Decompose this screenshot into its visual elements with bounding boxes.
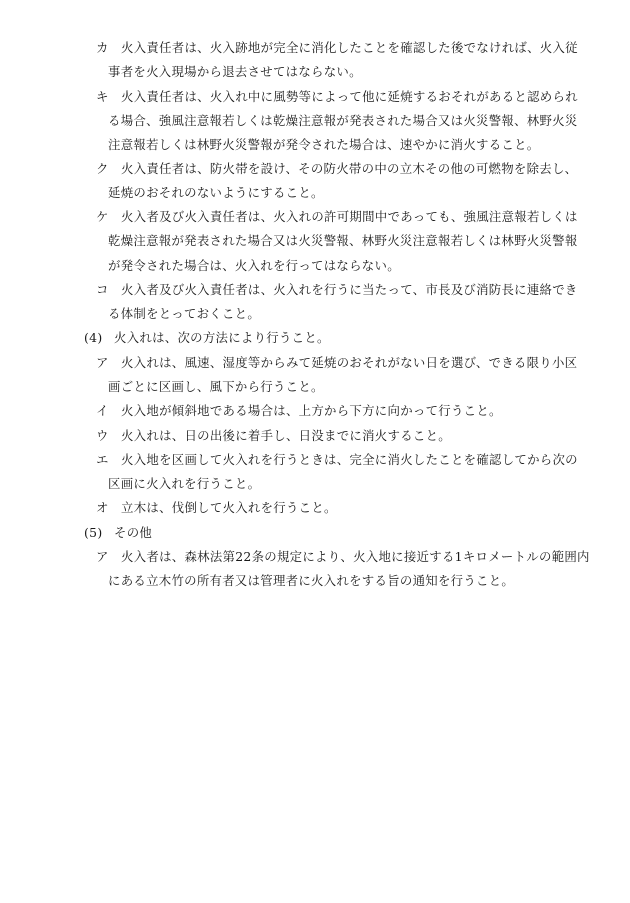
item-text-continued: 事者を火入現場から退去させてはならない。 [108,64,362,80]
item-text: 火入者及び火入責任者は、火入れを行うに当たって、市長及び消防長に連絡でき [121,282,578,298]
document-page: カ 火入責任者は、火入跡地が完全に消化したことを確認した後でなければ、火入従 事… [0,0,630,903]
item-marker: オ [96,500,109,516]
item-text: 火入地を区画して火入れを行うときは、完全に消火したことを確認してから次の [121,452,578,468]
item-text: 火入責任者は、火入れ中に風勢等によって他に延焼するおそれがあると認められ [121,89,578,105]
item-text: 火入責任者は、火入跡地が完全に消化したことを確認した後でなければ、火入従 [121,40,578,56]
item-marker: キ [96,89,109,105]
item-text-continued: 画ごとに区画し、風下から行うこと。 [108,379,324,395]
item-marker: エ [96,452,109,468]
item-text-continued: る体制をとっておくこと。 [108,306,260,322]
item-text-continued: 注意報若しくは林野火災警報が発令された場合は、速やかに消火すること。 [108,137,539,153]
item-marker: ウ [96,428,109,444]
section-heading-text: 火入れは、次の方法により行うこと。 [114,330,330,346]
section-marker: (5) [84,525,102,541]
item-marker: イ [96,403,109,419]
section-marker: (4) [84,330,102,346]
item-text: 火入者は、森林法第22条の規定により、火入地に接近する1キロメートルの範囲内 [121,549,590,565]
item-text-continued: る場合、強風注意報若しくは乾燥注意報が発表された場合又は火災警報、林野火災 [108,113,578,129]
item-marker: カ [96,40,109,56]
item-text-continued: 区画に火入れを行うこと。 [108,476,260,492]
item-marker: ケ [96,209,109,225]
item-marker: ア [96,355,109,371]
item-text: 火入れは、風速、湿度等からみて延焼のおそれがない日を選び、できる限り小区 [121,355,577,371]
item-marker: ア [96,549,109,565]
item-text: 火入れは、日の出後に着手し、日没までに消火すること。 [121,428,451,444]
item-text: 火入責任者は、防火帯を設け、その防火帯の中の立木その他の可燃物を除去し、 [121,161,577,177]
item-text: 火入地が傾斜地である場合は、上方から下方に向かって行うこと。 [121,403,502,419]
item-text: 立木は、伐倒して火入れを行うこと。 [121,500,337,516]
item-text: 火入者及び火入責任者は、火入れの許可期間中であっても、強風注意報若しくは [121,209,578,225]
item-marker: ク [96,161,109,177]
item-text-continued: が発令された場合は、火入れを行ってはならない。 [108,258,400,274]
item-text-continued: 乾燥注意報が発表された場合又は火災警報、林野火災注意報若しくは林野火災警報 [108,233,578,249]
section-heading-text: その他 [114,525,152,541]
item-text-continued: にある立木竹の所有者又は管理者に火入れをする旨の通知を行うこと。 [108,573,514,589]
item-text-continued: 延焼のおそれのないようにすること。 [108,185,324,201]
item-marker: コ [96,282,109,298]
